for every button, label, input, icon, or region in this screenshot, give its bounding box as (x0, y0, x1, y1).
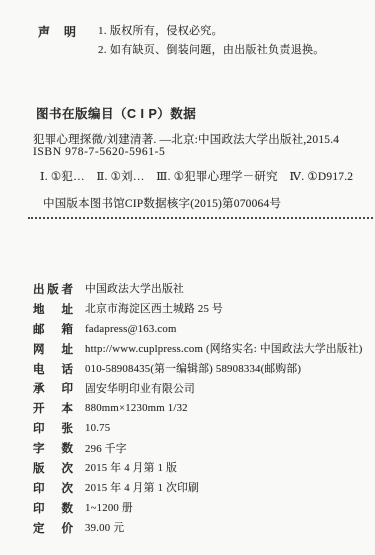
table-row-price: 定价 39.00 元 (33, 518, 371, 538)
dotted-divider (28, 217, 373, 219)
table-row-publisher: 出版者 中国政法大学出版社 (33, 279, 371, 299)
row-label: 印次 (33, 480, 73, 496)
row-label: 版次 (33, 460, 73, 476)
table-row-printrun: 印数 1~1200 册 (33, 498, 371, 518)
table-row-edition: 版次 2015 年 4 月第 1 版 (33, 458, 371, 478)
row-label: 印数 (33, 500, 73, 516)
table-row-format: 开本 880mm×1230mm 1/32 (33, 398, 371, 418)
notice-label: 声明 (38, 23, 76, 40)
row-value: 北京市海淀区西土城路 25 号 (85, 301, 223, 316)
table-row-phone: 电话 010-58908435(第一编辑部) 58908334(邮购部) (33, 359, 371, 379)
row-value: 1~1200 册 (85, 500, 133, 515)
row-label: 字数 (33, 440, 73, 456)
row-label: 网址 (33, 341, 73, 357)
row-label: 电话 (33, 361, 73, 377)
table-row-impression: 印次 2015 年 4 月第 1 次印刷 (33, 478, 371, 498)
row-value: 中国政法大学出版社 (85, 281, 184, 296)
notice-item: 2. 如有缺页、倒装问题，由出版社负责退换。 (98, 41, 325, 60)
cip-header: 图书在版编目（C I P）数据 (36, 104, 196, 122)
row-value: fadapress@163.com (85, 323, 177, 335)
table-row-website: 网址 http://www.cuplpress.com (网络实名: 中国政法大… (33, 339, 371, 359)
copyright-page: 声明 1. 版权所有，侵权必究。 2. 如有缺页、倒装问题，由出版社负责退换。 … (0, 0, 375, 555)
table-row-email: 邮箱 fadapress@163.com (33, 319, 371, 339)
row-label: 开本 (33, 400, 73, 416)
table-row-wordcount: 字数 296 千字 (33, 438, 371, 458)
row-label: 地址 (33, 301, 73, 317)
notice-item: 1. 版权所有，侵权必究。 (98, 22, 325, 41)
cip-isbn-line: ISBN 978-7-5620-5961-5 (33, 146, 165, 158)
cip-record-number-line: 中国版本图书馆CIP数据核字(2015)第070064号 (43, 195, 281, 211)
table-row-sheets: 印张 10.75 (33, 418, 371, 438)
row-value: 2015 年 4 月第 1 版 (85, 460, 177, 475)
row-value: 39.00 元 (85, 520, 124, 535)
row-value: 固安华明印业有限公司 (85, 381, 195, 396)
row-label: 印张 (33, 420, 73, 436)
row-label: 邮箱 (33, 321, 73, 337)
colophon-table: 出版者 中国政法大学出版社 地址 北京市海淀区西土城路 25 号 邮箱 fada… (33, 279, 371, 538)
notice-items: 1. 版权所有，侵权必究。 2. 如有缺页、倒装问题，由出版社负责退换。 (98, 22, 325, 60)
cip-title-line: 犯罪心理探微/刘建清著. —北京:中国政法大学出版社,2015.4 (33, 131, 339, 147)
row-label: 出版者 (33, 281, 73, 297)
notice-block: 声明 1. 版权所有，侵权必究。 2. 如有缺页、倒装问题，由出版社负责退换。 (38, 22, 365, 60)
row-value: 010-58908435(第一编辑部) 58908334(邮购部) (85, 361, 301, 376)
cip-classification-line: Ⅰ. ①犯… Ⅱ. ①刘… Ⅲ. ①犯罪心理学－研究 Ⅳ. ①D917.2 (40, 168, 353, 184)
row-value: 2015 年 4 月第 1 次印刷 (85, 480, 199, 495)
row-label: 定价 (33, 520, 73, 536)
row-value: 296 千字 (85, 441, 127, 456)
row-value: 880mm×1230mm 1/32 (85, 402, 188, 414)
row-value: 10.75 (85, 422, 110, 434)
table-row-address: 地址 北京市海淀区西土城路 25 号 (33, 299, 371, 319)
table-row-printer: 承印 固安华明印业有限公司 (33, 378, 371, 398)
row-value: http://www.cuplpress.com (网络实名: 中国政法大学出版… (85, 341, 363, 356)
row-label: 承印 (33, 380, 73, 396)
